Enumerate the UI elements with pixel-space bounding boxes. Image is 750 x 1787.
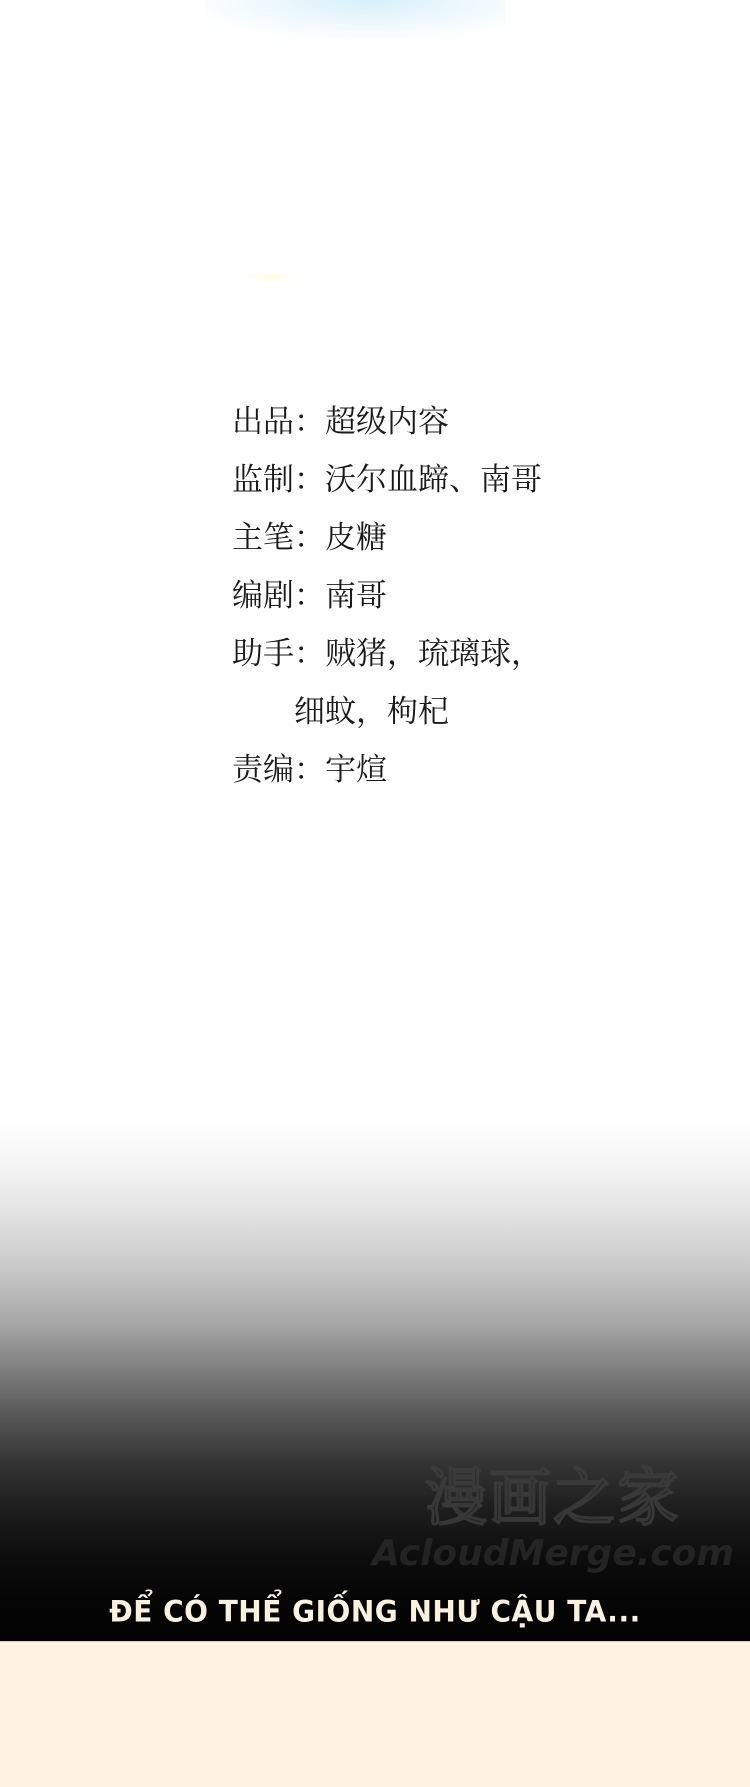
watermark: 漫画之家 AcloudMerge.com [368,1462,738,1582]
credits-block: 出品：超级内容 监制：沃尔血蹄、南哥 主笔：皮糖 编剧：南哥 助手：贼猪，琉璃球… [232,393,542,799]
decorative-speck [245,272,295,282]
credit-names: 细蚊，枸杞 [294,683,449,741]
credit-names: 皮糖 [325,509,387,567]
caption-text: ĐỂ CÓ THỂ GIỐNG NHƯ CẬU TA... [0,1589,750,1635]
watermark-logo-text: 漫画之家 [368,1462,738,1534]
credit-names: 南哥 [325,567,387,625]
credit-names: 贼猪，琉璃球， [325,625,542,683]
credit-role: 出品： [232,393,325,451]
top-panel-fade [205,0,505,38]
credit-role: 主笔： [232,509,325,567]
credit-line-assistants-continued: 细蚊，枸杞 [232,683,542,741]
credit-line-supervisor: 监制：沃尔血蹄、南哥 [232,451,542,509]
credit-role: 监制： [232,451,325,509]
credit-role: 编剧： [232,567,325,625]
credit-names: 沃尔血蹄、南哥 [325,451,542,509]
credit-line-editor: 责编：宇煊 [232,741,542,799]
credit-line-lead-artist: 主笔：皮糖 [232,509,542,567]
credit-role: 责编： [232,741,325,799]
credit-role: 助手： [232,625,325,683]
credit-names: 宇煊 [325,741,387,799]
watermark-url: AcloudMerge.com [368,1534,738,1574]
credit-line-assistants: 助手：贼猪，琉璃球， [232,625,542,683]
credit-names: 超级内容 [325,393,449,451]
credit-line-writer: 编剧：南哥 [232,567,542,625]
credit-line-producer: 出品：超级内容 [232,393,542,451]
cream-panel [0,1641,750,1787]
